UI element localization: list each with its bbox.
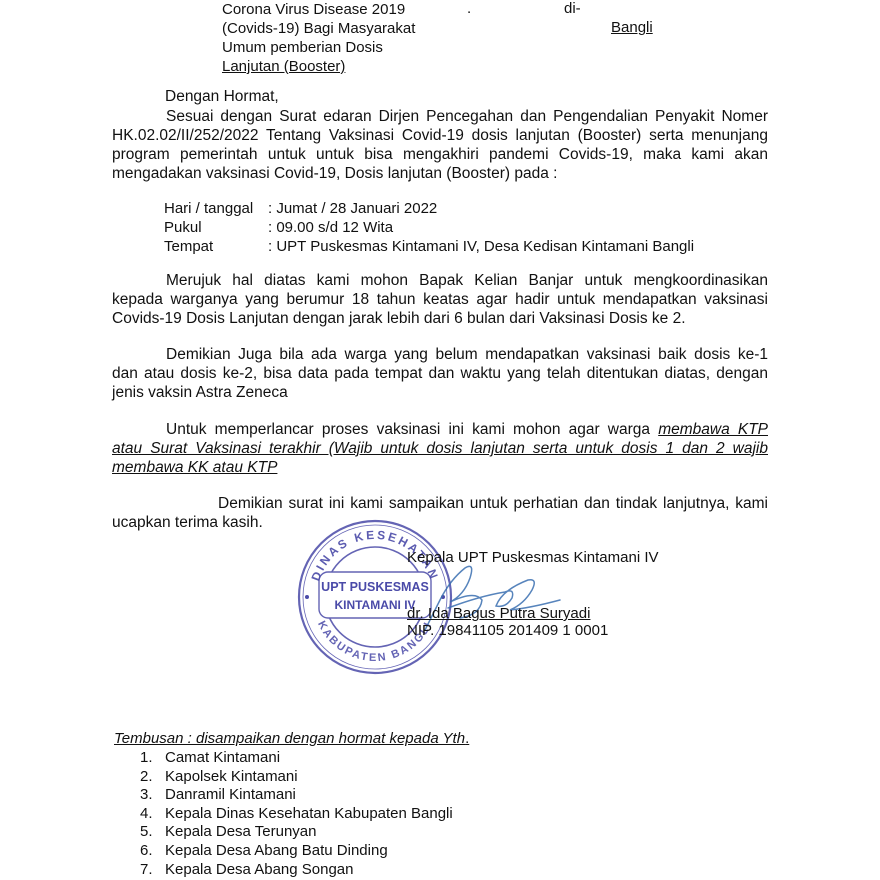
stamp-dot-left [305,595,309,599]
intro-paragraph: Sesuai dengan Surat edaran Dirjen Penceg… [112,107,768,183]
stamp-center-line2: KINTAMANI IV [334,598,415,612]
paragraph-line: Demikian Juga bila ada warga yang belum … [112,345,768,364]
salutation: Dengan Hormat, [165,88,279,106]
schedule-value: : UPT Puskesmas Kintamani IV, Desa Kedis… [268,237,694,256]
cc-item: 7.Kepala Desa Abang Songan [140,861,453,880]
paragraph-line: Untuk memperlancar proses vaksinasi ini … [112,420,768,439]
cc-num: 7. [140,861,165,880]
cc-item: 3.Danramil Kintamani [140,786,453,805]
cc-text: Kepala Desa Terunyan [165,823,317,842]
subject-line: Corona Virus Disease 2019 [222,0,415,19]
cc-num: 1. [140,749,165,768]
cc-num: 6. [140,842,165,861]
cc-title: Tembusan : disampaikan dengan hormat kep… [114,730,469,747]
cc-item: 4.Kepala Dinas Kesehatan Kabupaten Bangl… [140,805,453,824]
bring-emphasis: membawa KTP [658,421,768,438]
recipient-place: Bangli [611,19,653,36]
bring-emphasis: membawa KK atau KTP [112,458,768,477]
cc-text: Danramil Kintamani [165,786,296,805]
subject-line: (Covids-19) Bagi Masyarakat [222,19,415,38]
stamp-center-line1: UPT PUSKESMAS [321,580,429,594]
signatory-nip: NIP. 19841105 201409 1 0001 [407,622,608,639]
cc-item: 5.Kepala Desa Terunyan [140,823,453,842]
cc-num: 4. [140,805,165,824]
cc-item: 6.Kepala Desa Abang Batu Dinding [140,842,453,861]
subject-dot: . [467,0,471,17]
cc-text: Kepala Dinas Kesehatan Kabupaten Bangli [165,805,453,824]
bring-emphasis: atau Surat Vaksinasi terakhir (Wajib unt… [112,439,768,458]
schedule-table: Hari / tanggal : Jumat / 28 Januari 2022… [164,199,694,256]
cc-text: Kapolsek Kintamani [165,768,298,787]
schedule-row-time: Pukul : 09.00 s/d 12 Wita [164,218,694,237]
cc-text: Kepala Desa Abang Batu Dinding [165,842,388,861]
cc-num: 3. [140,786,165,805]
cc-item: 1.Camat Kintamani [140,749,453,768]
schedule-value: : 09.00 s/d 12 Wita [268,218,393,237]
cc-title-text: Tembusan : disampaikan dengan hormat kep… [114,730,465,747]
letter-subject: Corona Virus Disease 2019 (Covids-19) Ba… [222,0,415,76]
schedule-label: Hari / tanggal [164,199,268,218]
also-paragraph: Demikian Juga bila ada warga yang belum … [112,345,768,402]
schedule-label: Tempat [164,237,268,256]
paragraph-line: program pemerintah untuk untuk bisa meng… [112,145,768,164]
paragraph-line: Demikian surat ini kami sampaikan untuk … [112,494,768,513]
cc-text: Camat Kintamani [165,749,280,768]
paragraph-line: Sesuai dengan Surat edaran Dirjen Penceg… [112,107,768,126]
cc-num: 5. [140,823,165,842]
schedule-row-place: Tempat : UPT Puskesmas Kintamani IV, Des… [164,237,694,256]
paragraph-line: mengadakan vaksinasi Covid-19, Dosis lan… [112,164,768,183]
schedule-value: : Jumat / 28 Januari 2022 [268,199,437,218]
bring-documents-paragraph: Untuk memperlancar proses vaksinasi ini … [112,420,768,477]
cc-num: 2. [140,768,165,787]
cc-title-suffix: . [465,730,469,747]
paragraph-line: dan atau dosis ke-2, bisa data pada temp… [112,364,768,383]
cc-list: 1.Camat Kintamani 2.Kapolsek Kintamani 3… [140,749,453,879]
schedule-row-date: Hari / tanggal : Jumat / 28 Januari 2022 [164,199,694,218]
recipient-prefix: di- [564,0,581,17]
schedule-label: Pukul [164,218,268,237]
paragraph-line: jenis vaksin Astra Zeneca [112,383,768,402]
bring-plain: Untuk memperlancar proses vaksinasi ini … [166,421,658,438]
subject-line: Umum pemberian Dosis [222,38,415,57]
paragraph-line: Merujuk hal diatas kami mohon Bapak Keli… [112,271,768,290]
paragraph-line: HK.02.02/II/252/2022 Tentang Vaksinasi C… [112,126,768,145]
referral-paragraph: Merujuk hal diatas kami mohon Bapak Keli… [112,271,768,328]
signatory-name: dr. Ida Bagus Putra Suryadi [407,605,590,622]
cc-text: Kepala Desa Abang Songan [165,861,354,880]
paragraph-line: Covids-19 Dosis Lanjutan dengan jarak le… [112,309,768,328]
cc-item: 2.Kapolsek Kintamani [140,768,453,787]
paragraph-line: kepada warganya yang berumur 18 tahun ke… [112,290,768,309]
subject-line: Lanjutan (Booster) [222,57,415,76]
